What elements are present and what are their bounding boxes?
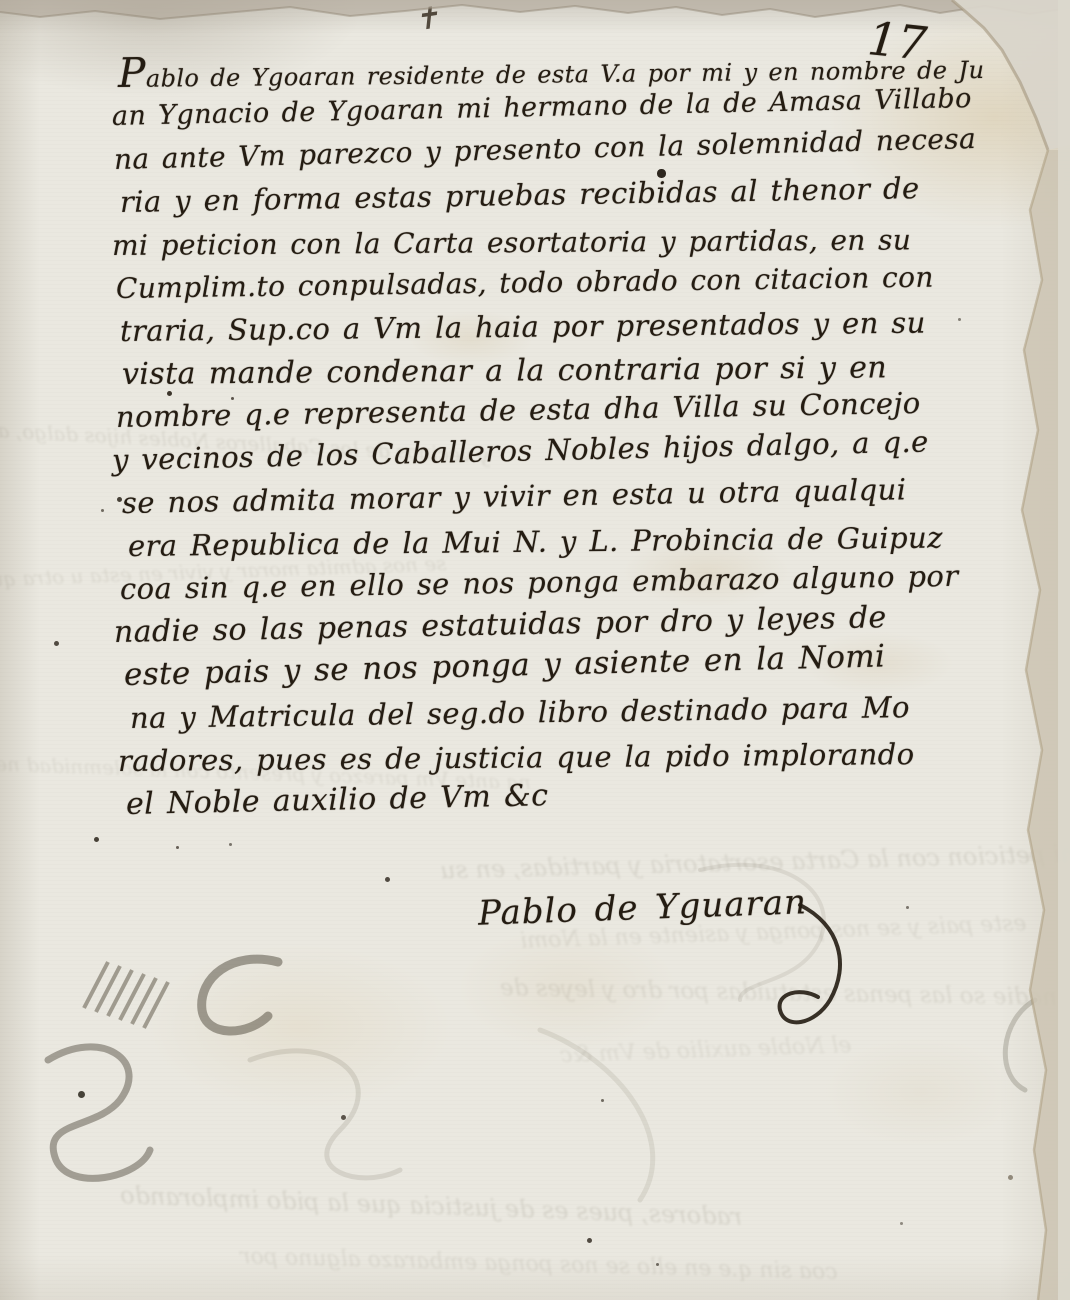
manuscript-page: ✝ 17 mi peticion con la Carta esortatori…: [0, 0, 1070, 1300]
torn-edge-right-outer: [1058, 0, 1070, 1300]
bleedthrough-text: radores, pues es de justicia que la pido…: [120, 1181, 743, 1231]
flourish-curve: [1005, 1000, 1035, 1090]
bleedthrough-text: mi peticion con la Carta esortatoria y p…: [440, 840, 1070, 885]
manuscript-line: traria, Sup.co a Vm la haia por presenta…: [120, 301, 992, 353]
flourish-curve: [202, 959, 278, 1031]
flourish-loop: [48, 1047, 150, 1178]
bleedthrough-text: nadie so las penas estatuidas por dro y …: [500, 975, 1057, 1011]
torn-edge-right: [1022, 150, 1070, 1300]
torn-edge-right-shadow: [1022, 150, 1048, 1300]
bleedthrough-text: el Noble auxilio de Vm &c: [560, 1033, 852, 1068]
bleedthrough-text: coa sin q.e en ello se nos ponga embaraz…: [240, 1244, 838, 1285]
flourish-swash: [540, 1030, 653, 1200]
invocation-cross-mark: ✝: [412, 0, 442, 38]
flourish-swash: [250, 1051, 400, 1178]
ink-specks: [0, 0, 3, 3]
signature: Pablo de Yguaran: [477, 882, 807, 933]
flourish-hatching: [84, 962, 168, 1028]
manuscript-text: Pablo de Ygoaran residente de esta V.a p…: [112, 52, 992, 826]
